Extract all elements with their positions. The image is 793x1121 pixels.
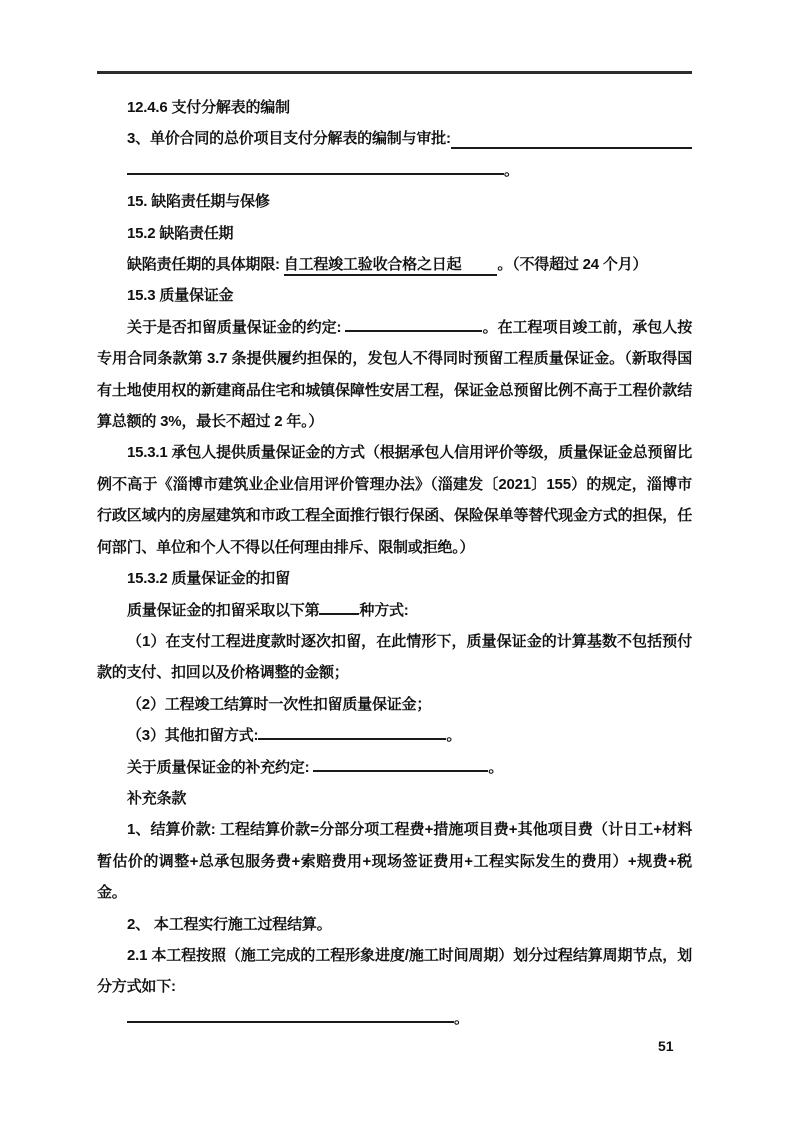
para-item-1: （1）在支付工程进度款时逐次扣留，在此情形下，质量保证金的计算基数不包括预付款的… [97,626,692,689]
period: 。 [504,162,519,179]
para-label: 缺陷责任期的具体期限: [127,256,284,273]
document-page: 12.4.6 支付分解表的编制 3、单价合同的总价项目支付分解表的编制与审批: … [0,0,793,1121]
para-item-3: （3）其他扣留方式:。 [97,720,692,751]
para-label: （3）其他扣留方式: [127,727,258,744]
page-number: 51 [658,1038,674,1054]
para-quality-retention: 关于是否扣留质量保证金的约定: 。在工程项目竣工前，承包人按专用合同条款第 3.… [97,312,692,438]
para-payment-breakdown: 3、单价合同的总价项目支付分解表的编制与审批: [97,123,692,154]
heading-12-4-6: 12.4.6 支付分解表的编制 [97,92,692,123]
para-text: 2、 本工程实行施工过程结算。 [127,916,332,933]
heading-text: 15.2 缺陷责任期 [127,225,233,242]
heading-text: 15.3 质量保证金 [127,287,233,304]
para-defect-period: 缺陷责任期的具体期限: 自工程竣工验收合格之日起。（不得超过 24 个月） [97,249,692,280]
para-label: 关于是否扣留质量保证金的约定: [127,319,345,336]
heading-15-3-2: 15.3.2 质量保证金的扣留 [97,563,692,594]
header-rule [97,71,692,74]
fill-in-blank [313,758,488,772]
fill-in-blank [451,123,692,148]
fill-in-blank [258,726,446,740]
para-text: （1）在支付工程进度款时逐次扣留，在此情形下，质量保证金的计算基数不包括预付款的… [97,633,692,681]
heading-15: 15. 缺陷责任期与保修 [97,186,692,217]
para-settlement-nodes: 2.1 本工程按照（施工完成的工程形象进度/施工时间周期）划分过程结算周期节点，… [97,940,692,1003]
period: 。 [488,759,503,776]
para-text: 2.1 本工程按照（施工完成的工程形象进度/施工时间周期）划分过程结算周期节点，… [97,947,692,995]
para-supplementary-agreement: 关于质量保证金的补充约定: 。 [97,752,692,783]
heading-text: 15.3.2 质量保证金的扣留 [127,570,290,587]
para-text: 15.3.1 承包人提供质量保证金的方式（根据承包人信用评价等级，质量保证金总预… [97,444,692,555]
para-text: 质量保证金的扣留采取以下第 [127,602,319,619]
blank-line-final: 。 [97,1003,692,1034]
period: 。 [454,1010,469,1027]
para-text: 种方式: [359,602,408,619]
heading-text: 12.4.6 支付分解表的编制 [127,99,290,116]
para-15-3-1: 15.3.1 承包人提供质量保证金的方式（根据承包人信用评价等级，质量保证金总预… [97,437,692,563]
fill-in-blank [345,318,482,332]
para-item-2: （2）工程竣工结算时一次性扣留质量保证金； [97,689,692,720]
filled-underlined-value: 自工程竣工验收合格之日起 [284,256,498,276]
para-label: 关于质量保证金的补充约定: [127,759,313,776]
period: 。 [446,727,461,744]
para-process-settlement: 2、 本工程实行施工过程结算。 [97,909,692,940]
filled-value-text: 自工程竣工验收合格之日起 [284,256,462,273]
para-text: 。（不得超过 24 个月） [497,256,647,273]
para-label: 3、单价合同的总价项目支付分解表的编制与审批: [127,123,451,154]
document-content: 12.4.6 支付分解表的编制 3、单价合同的总价项目支付分解表的编制与审批: … [97,92,692,1034]
heading-supplementary-clauses: 补充条款 [97,783,692,814]
heading-15-2: 15.2 缺陷责任期 [97,218,692,249]
fill-in-blank [127,1009,454,1023]
blank-continuation-line: 。 [97,155,692,186]
heading-text: 补充条款 [127,790,186,807]
heading-text: 15. 缺陷责任期与保修 [127,193,270,210]
fill-in-blank [127,161,504,175]
heading-15-3: 15.3 质量保证金 [97,280,692,311]
para-settlement-price: 1、结算价款: 工程结算价款=分部分项工程费+措施项目费+其他项目费（计日工+材… [97,814,692,908]
para-text: （2）工程竣工结算时一次性扣留质量保证金； [127,696,431,713]
para-retention-method: 质量保证金的扣留采取以下第种方式: [97,595,692,626]
para-text: 1、结算价款: 工程结算价款=分部分项工程费+措施项目费+其他项目费（计日工+材… [97,821,692,901]
fill-in-blank [319,601,359,615]
